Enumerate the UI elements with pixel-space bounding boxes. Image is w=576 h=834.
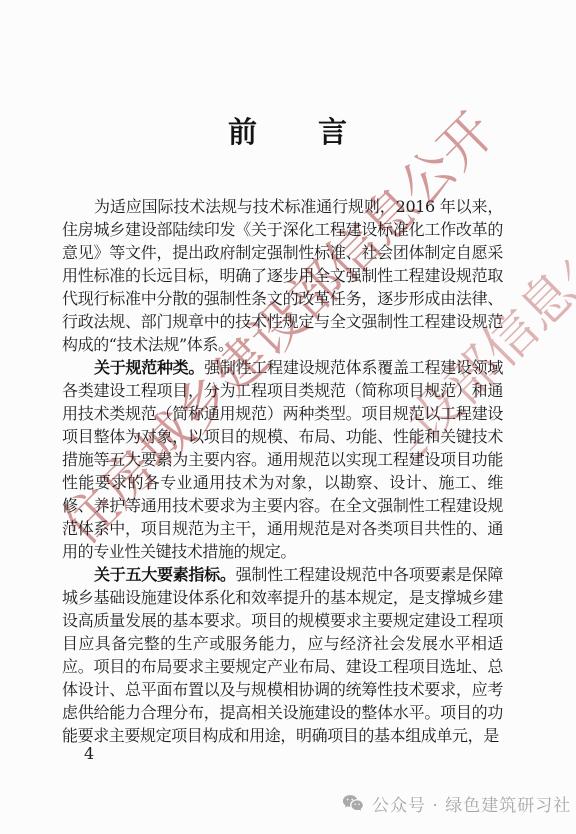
document-body: 为适应国际技术法规与技术标准通行规则，2016 年以来，住房城乡建设部陆续印发《… <box>62 195 503 747</box>
paragraph-body-categories: 强制性工程建设规范体系覆盖工程建设领域各类建设工程项目，分为工程项目类规范（简称… <box>62 358 503 561</box>
document-page: 住房城乡建设部信息公开 住房城乡建设部信息公开 前 言 为适应国际技术法规与技术… <box>0 0 576 834</box>
footer-label: 公众号 · 绿色建筑研习社 <box>372 791 571 816</box>
footer-credit: 公众号 · 绿色建筑研习社 <box>341 791 571 816</box>
page-number: 4 <box>84 744 94 763</box>
paragraph-lead-five-elements: 关于五大要素指标。 <box>94 565 236 584</box>
paragraph-spec-categories: 关于规范种类。强制性工程建设规范体系覆盖工程建设领域各类建设工程项目，分为工程项… <box>62 356 503 563</box>
paragraph-five-elements: 关于五大要素指标。强制性工程建设规范中各项要素是保障城乡基础设施建设体系化和效率… <box>62 563 503 747</box>
paragraph-intro: 为适应国际技术法规与技术标准通行规则，2016 年以来，住房城乡建设部陆续印发《… <box>62 195 503 356</box>
paragraph-lead-categories: 关于规范种类。 <box>94 358 204 377</box>
paragraph-body-five-elements: 强制性工程建设规范中各项要素是保障城乡基础设施建设体系化和效率提升的基本规定，是… <box>62 565 503 745</box>
page-title: 前 言 <box>0 110 576 151</box>
wechat-icon <box>341 792 364 815</box>
